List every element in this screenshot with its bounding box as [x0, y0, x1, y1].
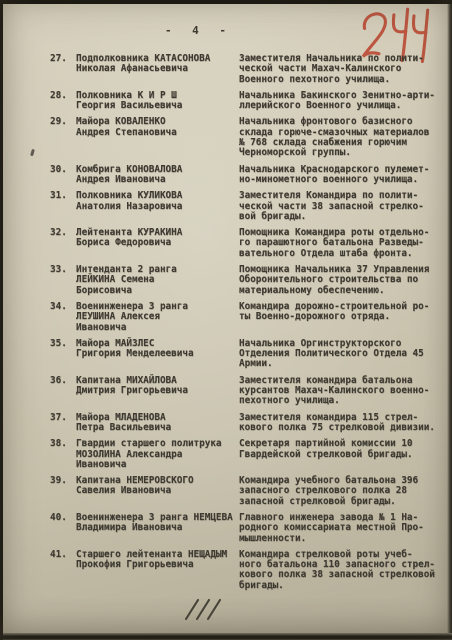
entry-officer-name: Интенданта 2 ранга ЛЕЙКИНА Семена Борисо…: [76, 265, 239, 296]
entry-position: Заместителя Начальника по полити- ческой…: [239, 54, 443, 85]
entry-list: 27. Подполковника КАТАСОНОВА Николая Афа…: [50, 54, 443, 591]
entry-number: 30.: [50, 165, 76, 175]
entry-position: Помощника Командира роты отдельно- го па…: [239, 228, 443, 259]
scanned-document-page: - 4 - 27. Подполковника КАТАСОНОВА Никол…: [0, 0, 452, 640]
entry-position: Начальника Бакинского Зенитно-арти- ллер…: [239, 91, 443, 112]
list-entry: 30. Комбрига КОНОВАЛОВА Андрея Ивановича…: [50, 165, 443, 186]
entry-officer-name: Майора МАЙЗЛЕС Григория Менделеевича: [76, 339, 239, 360]
entry-number: 29.: [50, 117, 76, 127]
entry-number: 37.: [50, 413, 76, 423]
scan-edge-right: [447, 0, 452, 640]
entry-position: Заместителя командира 115 стрел- кового …: [239, 413, 443, 434]
entry-number: 39.: [50, 476, 76, 486]
entry-officer-name: Майора МЛАДЕНОВА Петра Васильевича: [76, 413, 239, 434]
list-entry: 40. Военинженера 3 ранга НЕМЦЕВА Владими…: [50, 513, 443, 544]
entry-officer-name: Капитана НЕМЕРОВСКОГО Савелия Ивановича: [76, 476, 239, 497]
entry-officer-name: Капитана МИХАЙЛОВА Дмитрия Григорьевича: [76, 376, 239, 397]
list-entry: 36. Капитана МИХАЙЛОВА Дмитрия Григорьев…: [50, 376, 443, 407]
entry-position: Секретаря партийной комиссии 10 Гвардейс…: [239, 439, 443, 460]
entry-position: Начальника фронтового базисного склада г…: [239, 117, 443, 158]
list-entry: 41. Старшего лейтенанта НЕЩАДЫМ Прокофия…: [50, 550, 443, 591]
list-entry: 31. Полковника КУЛИКОВА Анатолия Назаров…: [50, 191, 443, 222]
entry-officer-name: Старшего лейтенанта НЕЩАДЫМ Прокофия Гри…: [76, 550, 239, 571]
entry-number: 27.: [50, 54, 76, 64]
scan-edge-bottom: [0, 633, 452, 640]
entry-officer-name: Майора КОВАЛЕНКО Андрея Степановича: [76, 117, 239, 138]
list-entry: 35. Майора МАЙЗЛЕС Григория Менделеевича…: [50, 339, 443, 370]
entry-number: 35.: [50, 339, 76, 349]
entry-number: 40.: [50, 513, 76, 523]
entry-position: Командира учебного батальона 396 запасно…: [239, 476, 443, 507]
list-entry: 28. Полковника К И Р Ш Георгия Васильеви…: [50, 91, 443, 112]
entry-number: 33.: [50, 265, 76, 275]
entry-officer-name: Военинженера 3 ранга ЛЕУШИНА Алексея Ива…: [76, 302, 239, 333]
entry-officer-name: Военинженера 3 ранга НЕМЦЕВА Владимира И…: [76, 513, 239, 534]
ink-speck: [30, 149, 34, 156]
entry-officer-name: Подполковника КАТАСОНОВА Николая Афанась…: [76, 54, 239, 75]
list-entry: 39. Капитана НЕМЕРОВСКОГО Савелия Иванов…: [50, 476, 443, 507]
list-entry: 37. Майора МЛАДЕНОВА Петра Васильевича З…: [50, 413, 443, 434]
entry-number: 36.: [50, 376, 76, 386]
entry-position: Помощника Начальника 37 Управления Оборо…: [239, 265, 443, 296]
entry-officer-name: Комбрига КОНОВАЛОВА Андрея Ивановича: [76, 165, 239, 186]
entry-position: Начальника Оргинструкторского Отделения …: [239, 339, 443, 370]
entry-number: 41.: [50, 550, 76, 560]
handwritten-footer-mark: [180, 596, 230, 624]
entry-position: Командира дорожно-строительной ро- ты Во…: [239, 302, 443, 323]
entry-officer-name: Полковника К И Р Ш Георгия Васильевича: [76, 91, 239, 112]
entry-number: 38.: [50, 439, 76, 449]
entry-number: 31.: [50, 191, 76, 201]
list-entry: 32. Лейтенанта КУРАКИНА Бориса Федорович…: [50, 228, 443, 259]
entry-number: 32.: [50, 228, 76, 238]
list-entry: 29. Майора КОВАЛЕНКО Андрея Степановича …: [50, 117, 443, 158]
list-entry: 38. Гвардии старшего политрука МОЗОЛИНА …: [50, 439, 443, 470]
list-entry: 33. Интенданта 2 ранга ЛЕЙКИНА Семена Бо…: [50, 265, 443, 296]
entry-position: Главного инженера завода № 1 На- родного…: [239, 513, 443, 544]
entry-position: Начальника Краснодарского пулемет- но-ми…: [239, 165, 443, 186]
scan-edge-left: [0, 0, 3, 640]
entry-position: Заместителя командира батальона курсанто…: [239, 376, 443, 407]
entry-number: 28.: [50, 91, 76, 101]
list-entry: 27. Подполковника КАТАСОНОВА Николая Афа…: [50, 54, 443, 85]
entry-officer-name: Лейтенанта КУРАКИНА Бориса Федоровича: [76, 228, 239, 249]
entry-officer-name: Полковника КУЛИКОВА Анатолия Назаровича: [76, 191, 239, 212]
scan-edge-top: [0, 0, 452, 4]
entry-number: 34.: [50, 302, 76, 312]
entry-position: Заместителя Командира по полити- ческой …: [239, 191, 443, 222]
entry-position: Командира стрелковой роты учеб- ного бат…: [239, 550, 443, 591]
list-entry: 34. Военинженера 3 ранга ЛЕУШИНА Алексея…: [50, 302, 443, 333]
entry-officer-name: Гвардии старшего политрука МОЗОЛИНА Алек…: [76, 439, 239, 470]
